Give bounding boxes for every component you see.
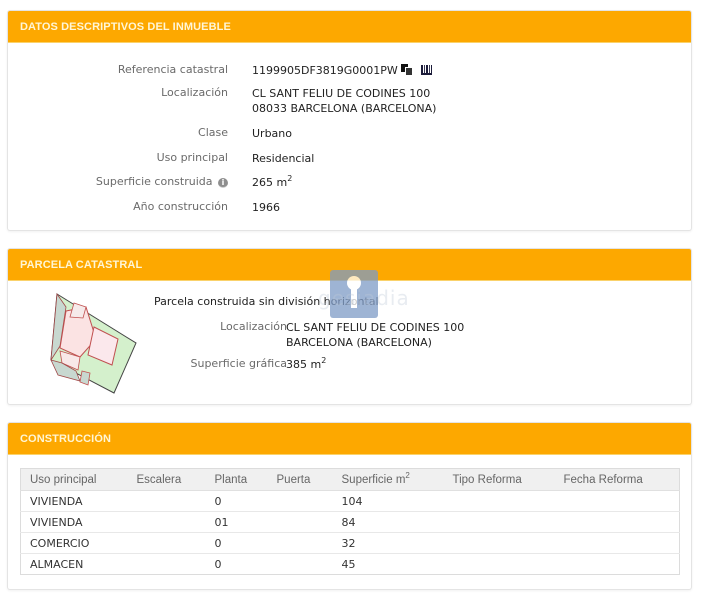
table-cell: 0	[206, 533, 268, 554]
table-cell	[444, 533, 555, 554]
column-header: Tipo Reforma	[444, 469, 555, 491]
column-header: Uso principal	[21, 469, 128, 491]
table-cell: 01	[206, 512, 268, 533]
table-row: VIVIENDA0104	[21, 491, 680, 512]
parcela-localizacion-label: Localización	[154, 320, 287, 333]
table-cell	[268, 554, 333, 575]
construccion-panel: CONSTRUCCIÓN Uso principalEscaleraPlanta…	[7, 422, 692, 590]
localizacion-label: Localización	[8, 86, 228, 99]
table-cell	[555, 533, 680, 554]
panel-title: DATOS DESCRIPTIVOS DEL INMUEBLE	[20, 21, 231, 33]
table-row: ALMACEN045	[21, 554, 680, 575]
column-header-label: Escalera	[137, 474, 182, 486]
parcela-localizacion-line2: BARCELONA (BARCELONA)	[286, 336, 432, 349]
table-cell	[444, 491, 555, 512]
table-cell: VIVIENDA	[21, 491, 128, 512]
parcela-superficie-value: 385 m	[286, 358, 321, 371]
table-cell	[444, 512, 555, 533]
parcela-superficie-label: Superficie gráfica	[154, 357, 287, 370]
column-header: Planta	[206, 469, 268, 491]
panel-header: CONSTRUCCIÓN	[8, 423, 691, 455]
construccion-table: Uso principalEscaleraPlantaPuertaSuperfi…	[20, 468, 680, 575]
superficie-label: Superficie construida	[96, 175, 213, 188]
superficie-value: 265 m	[252, 176, 287, 189]
superficie-col-exp: 2	[405, 471, 409, 480]
table-cell	[268, 491, 333, 512]
anio-label: Año construcción	[8, 200, 228, 213]
uso-label: Uso principal	[8, 151, 228, 164]
panel-title: CONSTRUCCIÓN	[20, 433, 111, 445]
referencia-value: 1199905DF3819G0001PW	[252, 64, 398, 77]
table-cell	[555, 512, 680, 533]
parcel-map-image[interactable]	[48, 291, 140, 395]
barcode-icon[interactable]	[421, 65, 432, 75]
parcela-superficie-unit-exp: 2	[321, 356, 326, 365]
column-header-label: Planta	[215, 474, 248, 486]
table-cell: 0	[206, 554, 268, 575]
table-row: COMERCIO032	[21, 533, 680, 554]
table-cell	[128, 533, 206, 554]
info-icon[interactable]: i	[218, 178, 228, 188]
table-cell: ALMACEN	[21, 554, 128, 575]
datos-descriptivos-panel: DATOS DESCRIPTIVOS DEL INMUEBLE Referenc…	[7, 10, 692, 231]
anio-value: 1966	[252, 200, 280, 215]
column-header-label: Superficie m	[342, 474, 406, 486]
localizacion-line1: CL SANT FELIU DE CODINES 100	[252, 87, 430, 100]
table-cell: COMERCIO	[21, 533, 128, 554]
table-cell: 0	[206, 491, 268, 512]
table-cell	[555, 491, 680, 512]
column-header: Fecha Reforma	[555, 469, 680, 491]
table-cell: 45	[333, 554, 444, 575]
column-header-label: Uso principal	[30, 474, 96, 486]
uso-value: Residencial	[252, 151, 314, 166]
table-cell: VIVIENDA	[21, 512, 128, 533]
clase-label: Clase	[8, 126, 228, 139]
table-cell: 84	[333, 512, 444, 533]
panel-header: DATOS DESCRIPTIVOS DEL INMUEBLE	[8, 11, 691, 43]
clase-value: Urbano	[252, 126, 292, 141]
table-cell	[555, 554, 680, 575]
copy-icon[interactable]	[401, 64, 412, 75]
column-header-label: Fecha Reforma	[564, 474, 643, 486]
table-cell: 104	[333, 491, 444, 512]
column-header-label: Puerta	[277, 474, 311, 486]
referencia-label: Referencia catastral	[8, 63, 228, 76]
table-cell	[268, 512, 333, 533]
table-row: VIVIENDA0184	[21, 512, 680, 533]
column-header: Puerta	[268, 469, 333, 491]
column-header-label: Tipo Reforma	[453, 474, 522, 486]
table-cell	[128, 512, 206, 533]
table-cell	[268, 533, 333, 554]
table-cell	[444, 554, 555, 575]
panel-title: PARCELA CATASTRAL	[20, 259, 142, 271]
table-cell: 32	[333, 533, 444, 554]
superficie-unit-exp: 2	[287, 174, 292, 183]
table-cell	[128, 554, 206, 575]
watermark-text: gesiadia	[318, 286, 410, 310]
localizacion-line2: 08033 BARCELONA (BARCELONA)	[252, 102, 436, 115]
column-header: Escalera	[128, 469, 206, 491]
column-header: Superficie m2	[333, 469, 444, 491]
table-cell	[128, 491, 206, 512]
parcela-localizacion-line1: CL SANT FELIU DE CODINES 100	[286, 321, 464, 334]
